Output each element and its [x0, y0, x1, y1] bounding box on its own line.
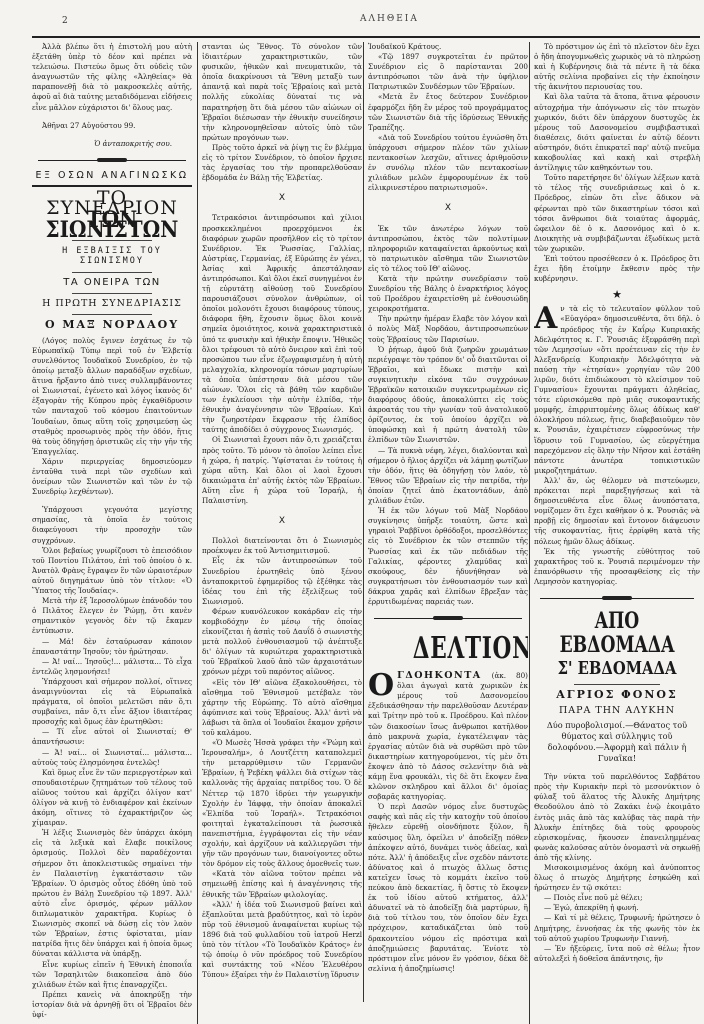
subhead-plain: ΠΑΡΑ ΤΗΝ ΑΛΥΚΗΝ [534, 706, 700, 716]
article-paragraph: Πρὸς τοῦτο ἀρκεῖ νὰ ῥίψῃ τις ἓν βλέμμα ε… [202, 143, 362, 183]
article-paragraph: Οἱ Σιωνισταὶ ἔχουσι πᾶν ὅ,τι χρειάζεται … [202, 435, 362, 506]
article-paragraph: «Τῷ 1897 συγκροτεῖται ἐν πρῶτον Συνέδριο… [368, 52, 528, 92]
deltion-article: Ο ΓΔΟΗΚΟΝΤΑ (ἀκ. 80) ὅλαι ἀγωγαὶ κατὰ χω… [368, 671, 528, 802]
section-heading: ΕΞ ΟΣΩΝ ΑΝΑΓΙΝΩΣΚΩ [32, 171, 192, 181]
article-paragraph: Τετρακόσιοι ἀντιπρόσωποι καὶ χίλιοι προσ… [202, 213, 362, 435]
rule [72, 314, 152, 315]
section-mark: X [368, 203, 528, 213]
article-paragraph: Φέρων κυανόλευκον κοκάρδαν εἰς τὴν κομβι… [202, 607, 362, 678]
article-paragraph: «Ἀλλ' ἡ ἰδέα τοῦ Σιωνισμοῦ βαίνει καὶ ἐξ… [202, 900, 362, 981]
article-paragraph: — Τί εἶνε αὐτοὶ οἱ Σιωνισταί; Θ' ἀπαντήσ… [32, 727, 192, 747]
article-paragraph: — Τὰ πυκνὰ νέφη, λέγει, διαλύονται καὶ σ… [368, 446, 528, 507]
article-paragraph: Τοῦτο παρετήρησε δι' ὀλίγων λέξεων κατὰ … [534, 173, 700, 254]
column-divider [363, 42, 364, 1002]
article-paragraph: Ὁ περὶ Δασῶν νόμος εἶνε δυστυχῶς σαφὴς κ… [368, 802, 528, 974]
article-paragraph: «Διὰ τοῦ Συνεδρίου τούτου ἐγνώσθη ὅτι ὑπ… [368, 133, 528, 194]
article-paragraph: Ὑπάρχουσι γεγονότα μεγίστης σημασίας, τὰ… [32, 505, 192, 545]
subhead-2: ΤΑ ΟΝΕΙΡΑ ΤΩΝ [32, 278, 192, 288]
article-paragraph: «Μετὰ ἓν ἔτος δεύτερον Συνέδριον ἐφαρμόζ… [368, 92, 528, 132]
ornament-divider [374, 615, 522, 621]
page-number: 2 [62, 16, 68, 26]
article-title-line2: ΤΩΝ ΣΙΩΝΙΣΤΩΝ [40, 215, 184, 235]
subhead-bold: ΑΓΡΙΟΣ ΦΟΝΟΣ [534, 690, 700, 700]
subhead-3: Η ΠΡΩΤΗ ΣΥΝΕΔΡΙΑΣΙΣ [32, 299, 192, 309]
article-paragraph: — Ἀ! ναί... οἱ Σιωνισταί... μάλιστα... α… [32, 748, 192, 768]
letter-paragraph: Ἀλλὰ βλέπω ὅτι ἡ ἐπιστολή μου αὐτὴ ἐξετά… [32, 42, 192, 113]
article-paragraph: Ὅλοι βεβαίως γνωρίζουσι τὸ ἐπεισόδιον το… [32, 546, 192, 596]
article-paragraph: Πολλοὶ διατείνονται ὅτι ὁ Σιωνισμὸς προέ… [202, 536, 362, 556]
article-paragraph: Καὶ ὅμως εἶνε ἓν τῶν περιεργοτέρων καὶ σ… [32, 768, 192, 829]
column-4: Τὸ πρόστιμον ὡς ἐπὶ τὸ πλεῖστον δὲν ἔχει… [534, 42, 700, 1022]
lead-word: ΓΔΟΗΚΟΝΤΑ [397, 670, 482, 681]
ornament-divider [38, 157, 186, 163]
drop-cap: Ο [368, 673, 394, 699]
article-paragraph: (Λόγος πολὺς ἔγινεν ἐσχάτως ἐν τῷ Εὐρωπα… [32, 336, 192, 457]
article-paragraph: — Ἐγώ, ἀπεκρίθη ἡ φωνή. [534, 903, 700, 913]
article-paragraph: Μετὰ τὴν ἐξ Ἱεροσολύμων ἐπάνοδόν του ὁ Π… [32, 596, 192, 636]
article-paragraph: Εἶνε κυρίως εἰπεῖν ἡ Ἐθνικὴ ἐποποιΐα τῶν… [32, 960, 192, 990]
article-paragraph: Ἐπὶ τούτου προσέθεσεν ὁ κ. Πρόεδρος ὅτι … [534, 254, 700, 284]
masthead-title: ΑΛΗΘΕΙΑ [360, 14, 419, 24]
article-paragraph: Χάριν περιεργείας δημοσιεύομεν ἐνταῦθα τ… [32, 457, 192, 497]
rule [72, 272, 152, 273]
article-paragraph: Ὁ ῥήτωρ, ἀφοῦ διὰ ζωηρῶν χρωμάτων περιέγ… [368, 345, 528, 446]
column-divider [529, 42, 530, 1024]
article-paragraph: «Ὁ Μωσὲς Ἡσσὰ γράφει τὴν «Ῥώμη καὶ Ἱερου… [202, 738, 362, 869]
column-1: Ἀλλὰ βλέπω ὅτι ἡ ἐπιστολή μου αὐτὴ ἐξετά… [32, 42, 192, 1022]
article-paragraph: «Εἰς τὸν ΙΘ' αἰῶνα ἐξακολουθήσει, τὸ αἴσ… [202, 678, 362, 739]
rule [72, 293, 152, 294]
article-paragraph: Ἡ λέξις Σιωνισμὸς δὲν ὑπάρχει ἀκόμη εἰς … [32, 828, 192, 959]
drop-cap: Α [534, 306, 557, 332]
article-text: ν τὰ εἰς τὸ τελευταῖον φύλλον τοῦ «Εὐαγό… [534, 304, 700, 475]
section-mark: X [202, 193, 362, 203]
article-paragraph: Ἡ ἐκ τῶν λόγων τοῦ Μὰξ Νορδάου συγκίνησι… [368, 506, 528, 607]
ornament-divider [540, 595, 694, 601]
header-rule [32, 36, 700, 38]
article-paragraph: Ἀλλ' ἄν, ὡς θέλομεν νὰ πιστεύωμεν, πρόκε… [534, 476, 700, 547]
page-header: 2 ΑΛΗΘΕΙΑ [30, 8, 700, 44]
article-paragraph: Κατὰ τὴν πρώτην συνεδρίασιν τοῦ Συνεδρίο… [368, 274, 528, 314]
editorial-article: Α ν τὰ εἰς τὸ τελευταῖον φύλλον τοῦ «Εὐα… [534, 304, 700, 476]
article-paragraph: Ἐκ τῶν ἀνωτέρω λόγων τοῦ ἀντιπροσώπου, ἐ… [368, 224, 528, 274]
newspaper-columns: Ἀλλὰ βλέπω ὅτι ἡ ἐπιστολή μου αὐτὴ ἐξετά… [32, 42, 700, 1022]
article-paragraph: Εἷς ἐκ τῶν ἀντιπροσώπων τοῦ Συνεδρίου ἐρ… [202, 556, 362, 606]
article-paragraph: Τὴν πρώτην ἡμέραν ἔλαβε τὸν λόγον καὶ ὁ … [368, 314, 528, 344]
summary-subhead: Δύο πυροβολισμοί.—Θάνατος τοῦ θύματος κα… [540, 720, 694, 764]
headline-line2: Σ' ΕΒΔΟΜΑΔΑ [549, 659, 685, 679]
article-paragraph: Τὸ πρόστιμον ὡς ἐπὶ τὸ πλεῖστον δὲν ἔχει… [534, 42, 700, 92]
article-paragraph: «Κατὰ τὸν αἰῶνα τοῦτον πρέπει νὰ σημειωθ… [202, 869, 362, 899]
deltion-heading: ΔΕΛΤΙΟΝ [413, 633, 528, 665]
column-3: Ἰουδαϊκοῦ Κράτους. «Τῷ 1897 συγκροτεῖται… [368, 42, 528, 1022]
article-paragraph: Ὑπάρχουσι καὶ σήμερον πολλοί, οἵτινες ἀν… [32, 677, 192, 727]
article-paragraph: — Ποιὸς εἶνε ποῦ μὲ θέλει; [534, 893, 700, 903]
article-paragraph: — Καὶ τί μὲ θέλεις, Τρυφωνῆ; ἠρώτησεν ὁ … [534, 913, 700, 943]
article-paragraph: — Μά! δὲν ἐσταύρωσαν κάποιον ἐπαναστάτην… [32, 637, 192, 657]
subhead-4: Ο ΜΑΞ ΝΟΡΔΑΟΥ [32, 320, 192, 330]
star-icon: ★ [534, 290, 700, 300]
article-paragraph: Μισοκοιμισμένος ἀκόμη καὶ ἀνύποπτος ὅλως… [534, 863, 700, 893]
article-paragraph: στανται ὡς Ἔθνος. Τὸ σύνολον τῶν ἰδιαιτέ… [202, 42, 362, 143]
headline-line1: ΑΠΟ ΕΒΔΟΜΑΔΑ [552, 609, 681, 657]
article-paragraph: Πρέπει κανεὶς νὰ ἀποκηρύξῃ τὴν ἱστορίαν … [32, 990, 192, 1020]
dateline: Ἀθῆναι 27 Αὐγούστου 99. [32, 121, 192, 131]
column-2: στανται ὡς Ἔθνος. Τὸ σύνολον τῶν ἰδιαιτέ… [202, 42, 362, 1022]
rule [574, 684, 660, 685]
article-paragraph: — Ἐν ἠξεύρεις, ἴντα ποῦ σὲ θέλω; ἦτον αὐ… [534, 944, 700, 964]
article-paragraph: Ἐκ τῆς γνωστῆς εὐθύτητος τοῦ χαρακτῆρος … [534, 547, 700, 587]
article-paragraph: — Ἀ! ναί... Ἰησοῦς!... μάλιστα... Τὸ εἶχ… [32, 657, 192, 677]
signoff: Ὁ ἀνταποκριτής σου. [32, 139, 192, 149]
article-paragraph: Ἰουδαϊκοῦ Κράτους. [368, 42, 528, 52]
article-paragraph: Καὶ ὅλα ταῦτα τὰ ἄτοπα, ἅτινα φέρουσιν α… [534, 92, 700, 173]
column-divider [197, 42, 198, 1024]
article-paragraph: Τὴν νύκτα τοῦ παρελθόντος Σαββάτου πρὸς … [534, 772, 700, 863]
subhead-1: Η ΕΞΒΑΙΞΙΣ ΤΟΥ ΣΙΩΝΙΣΜΟΥ [32, 246, 192, 266]
section-mark: X [202, 516, 362, 526]
